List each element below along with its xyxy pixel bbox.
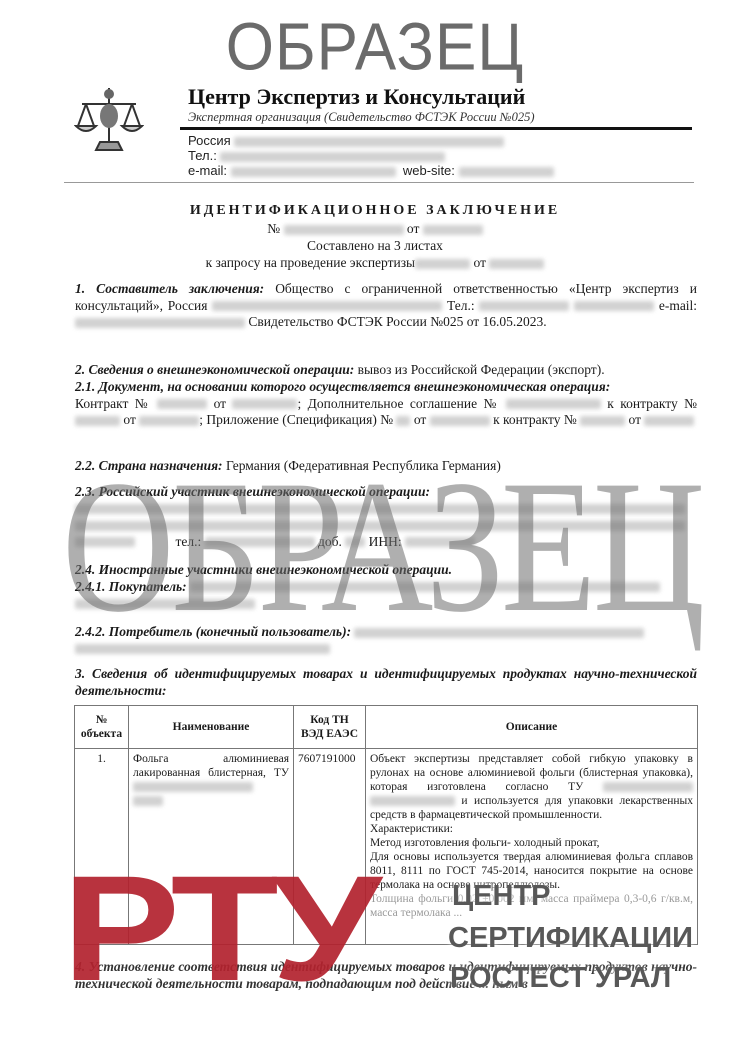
buyer-label: 2.4.1. Покупатель: [75, 579, 187, 594]
redacted-address [212, 301, 442, 311]
section-2-4-label: 2.4. Иностранные участники внешнеэкономи… [75, 562, 452, 577]
redacted-address [234, 137, 504, 147]
organization-subtitle: Экспертная организация (Свидетельство ФС… [188, 110, 535, 125]
redacted-tu-2 [370, 796, 455, 806]
document-number: № от [0, 221, 750, 237]
from-label: от [123, 412, 135, 427]
redacted-buyer [190, 582, 660, 592]
stamp-line-rostest-ural: РОСТЕСТ УРАЛ [450, 962, 671, 995]
col-object-no: № объекта [75, 706, 129, 749]
redacted-date [430, 416, 490, 426]
section-2-2: 2.2. Страна назначения: Германия (Федера… [75, 458, 697, 475]
redacted-contract-no [580, 416, 625, 426]
redacted-request-date [489, 259, 544, 269]
col-hs-code: Код ТН ВЭД ЕАЭС [294, 706, 366, 749]
redacted-request-no [415, 259, 470, 269]
desc-characteristics: Характеристики: [370, 823, 453, 835]
section-2-3-label: 2.3. Российский участник внешнеэкономиче… [75, 484, 430, 499]
redacted-date [139, 416, 199, 426]
organization-name: Центр Экспертиз и Консультаций [188, 84, 525, 110]
no-label: № [684, 396, 697, 411]
redacted-participant [75, 504, 685, 514]
redacted-phone [479, 301, 569, 311]
phone-label: Тел.: [188, 148, 217, 163]
section-1: 1. Составитель заключения: Общество с ог… [75, 281, 697, 331]
contact-email: e-mail: web-site: [188, 163, 554, 178]
redacted-number [284, 225, 404, 235]
redacted-tu [133, 782, 253, 792]
destination-country: Германия (Федеративная Республика Герман… [226, 458, 501, 473]
section-3: 3. Сведения об идентифицируемых товарах … [75, 666, 697, 699]
redacted-appendix-no [396, 416, 410, 426]
stamp-line-center: ЦЕНТР [452, 880, 551, 913]
request-line: к запросу на проведение экспертизы от [0, 255, 750, 271]
section-2-4: 2.4. Иностранные участники внешнеэкономи… [75, 562, 697, 612]
appendix-label: ; Приложение (Спецификация) № [199, 412, 393, 427]
section-1-label: 1. Составитель заключения: [75, 281, 264, 296]
header-rule [180, 127, 692, 130]
redacted-date [232, 399, 297, 409]
col-description: Описание [366, 706, 698, 749]
contract-label: Контракт № [75, 396, 151, 411]
addendum-label: ; Дополнительное соглашение № [297, 396, 499, 411]
section-2: 2. Сведения о внешнеэкономической операц… [75, 362, 697, 379]
section-2-3: 2.3. Российский участник внешнеэкономиче… [75, 484, 697, 550]
redacted-email [231, 167, 396, 177]
end-user-label: 2.4.2. Потребитель (конечный пользовател… [75, 624, 351, 639]
redacted-phone-2 [574, 301, 654, 311]
ext-label: доб. [318, 534, 342, 549]
redacted-contract-no [75, 416, 120, 426]
section-3-label: 3. Сведения об идентифицируемых товарах … [75, 666, 697, 698]
no-label: № [564, 412, 577, 427]
section-1-certificate: Свидетельство ФСТЭК России №025 от 16.05… [248, 314, 546, 329]
section-2-1: 2.1. Документ, на основании которого осу… [75, 379, 697, 429]
sample-watermark-top: ОБРАЗЕЦ [0, 9, 750, 86]
redacted-email [75, 318, 245, 328]
rtu-logo: РТУ [62, 858, 375, 998]
section-2-text: вывоз из Российской Федерации (экспорт). [358, 362, 605, 377]
section-2-2-label: 2.2. Страна назначения: [75, 458, 223, 473]
redacted-buyer-2 [75, 599, 255, 609]
to-contract-label: к контракту [493, 412, 560, 427]
item-description: Объект экспертизы представляет собой гиб… [366, 749, 698, 945]
redacted-contract-no [157, 399, 207, 409]
redacted-end-user-2 [75, 644, 330, 654]
redacted-ext [345, 537, 365, 547]
redacted-extra [75, 537, 135, 547]
request-date-prefix: от [474, 255, 486, 270]
redacted-phone [205, 537, 315, 547]
section-1-phone-label: Тел.: [447, 298, 475, 313]
redacted-tu [603, 782, 693, 792]
redacted-end-user [354, 628, 644, 638]
number-prefix: № [267, 221, 280, 236]
email-label: e-mail: [188, 163, 227, 178]
redacted-inn [405, 537, 475, 547]
document-title: ИДЕНТИФИКАЦИОННОЕ ЗАКЛЮЧЕНИЕ [0, 203, 750, 219]
request-text: к запросу на проведение экспертизы [206, 255, 416, 270]
inn-label: ИНН: [369, 534, 402, 549]
date-prefix: от [407, 221, 419, 236]
contact-country: Россия [188, 133, 504, 148]
redacted-tu-2 [133, 796, 163, 806]
from-label: от [629, 412, 641, 427]
section-2-1-label: 2.1. Документ, на основании которого осу… [75, 379, 610, 394]
redacted-date [644, 416, 694, 426]
redacted-website [459, 167, 554, 177]
header-divider [64, 182, 694, 183]
redacted-participant-address [75, 521, 685, 531]
phone-label: тел.: [176, 534, 202, 549]
col-name: Наименование [129, 706, 294, 749]
website-label: web-site: [403, 163, 455, 178]
redacted-addendum-no [506, 399, 601, 409]
item-name-text: Фольга алюминиевая лакированная блистерн… [133, 753, 289, 779]
from-label: от [414, 412, 426, 427]
contact-phone: Тел.: [188, 148, 445, 163]
section-2-label: 2. Сведения о внешнеэкономической операц… [75, 362, 354, 377]
redacted-phone [220, 152, 445, 162]
redacted-date [423, 225, 483, 235]
to-contract-label: к контракту [607, 396, 677, 411]
section-1-email-label: e-mail: [659, 298, 697, 313]
country-label: Россия [188, 133, 231, 148]
desc-method: Метод изготовления фольги- холодный прок… [370, 837, 600, 849]
table-header-row: № объекта Наименование Код ТН ВЭД ЕАЭС О… [75, 706, 698, 749]
scales-of-justice-emblem-icon [74, 84, 144, 156]
stamp-line-certification: СЕРТИФИКАЦИИ [448, 922, 693, 955]
sheets-count: Составлено на 3 листах [0, 238, 750, 254]
section-2-4-2: 2.4.2. Потребитель (конечный пользовател… [75, 624, 697, 657]
from-label: от [214, 396, 226, 411]
